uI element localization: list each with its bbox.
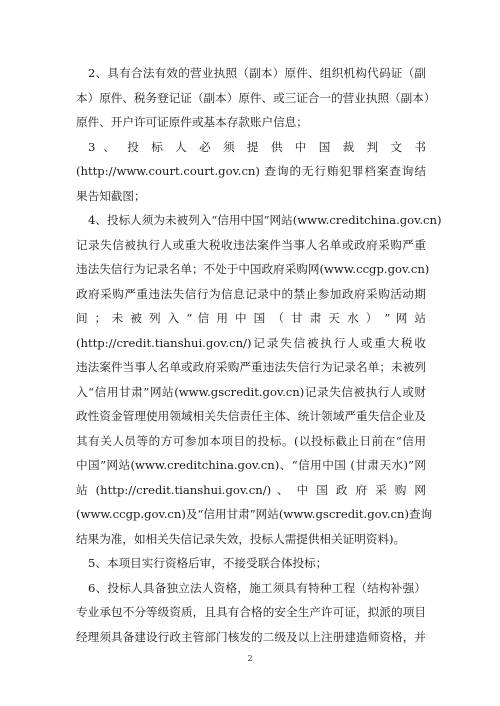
- body-text: 2、具有合法有效的营业执照（副本）原件、组织机构代码证（副本）原件、税务登记证（…: [76, 61, 426, 649]
- page-number: 2: [0, 654, 500, 663]
- text-line: 中国”网站(www.creditchina.gov.cn)、“信用中国 (甘肃天…: [76, 453, 426, 478]
- text-line: 违法案件当事人名单或政府采购严重违法失信行为记录名单；未被列: [76, 355, 426, 380]
- text-line: 站 (http://credit.tianshui.gov.cn/) 、 中 国…: [76, 478, 426, 503]
- text-line: 政府采购严重违法失信行为信息记录中的禁止参加政府采购活动期: [76, 282, 426, 307]
- text-line: 5、本项目实行资格后审，不接受联合体投标；: [76, 551, 426, 576]
- text-line: 6、投标人具备独立法人资格，施工须具有特种工程（结构补强）: [76, 576, 426, 601]
- text-line: 政性资金管理使用领域相关失信责任主体、统计领域严重失信企业及: [76, 404, 426, 429]
- text-line: 间 ； 未 被 列 入 “ 信 用 中 国 （ 甘 肃 天 水 ） ” 网 站: [76, 306, 426, 331]
- text-line: 4、投标人须为未被列入“信用中国”网站(www.creditchina.gov.…: [76, 208, 426, 233]
- document-page: 2、具有合法有效的营业执照（副本）原件、组织机构代码证（副本）原件、税务登记证（…: [0, 0, 500, 706]
- text-line: 3 、 投 标 人 必 须 提 供 中 国 裁 判 文 书: [76, 135, 426, 160]
- text-line: (www.ccgp.gov.cn)及“信用甘肃”网站(www.gscredit.…: [76, 502, 426, 527]
- text-line: (http://www.court.court.gov.cn) 查询的无行贿犯罪…: [76, 159, 426, 184]
- text-line: 2、具有合法有效的营业执照（副本）原件、组织机构代码证（副: [76, 61, 426, 86]
- text-line: (http://credit.tianshui.gov.cn/)记录失信被执行人…: [76, 331, 426, 356]
- text-line: 结果为准，如相关失信记录失效，投标人需提供相关证明资料)。: [76, 527, 426, 552]
- text-line: 其有关人员等的方可参加本项目的投标。(以投标截止日前在“信用: [76, 429, 426, 454]
- text-line: 专业承包不分等级资质，且具有合格的安全生产许可证，拟派的项目: [76, 600, 426, 625]
- text-line: 原件、开户许可证原件或基本存款账户信息；: [76, 110, 426, 135]
- text-line: 违法失信行为记录名单；不处于中国政府采购网(www.ccgp.gov.cn): [76, 257, 426, 282]
- text-line: 本）原件、税务登记证（副本）原件、或三证合一的营业执照（副本）: [76, 86, 426, 111]
- text-line: 入“信用甘肃”网站(www.gscredit.gov.cn)记录失信被执行人或财: [76, 380, 426, 405]
- text-line: 记录失信被执行人或重大税收违法案件当事人名单或政府采购严重: [76, 233, 426, 258]
- text-line: 经理须具备建设行政主管部门核发的二级及以上注册建造师资格，并: [76, 625, 426, 650]
- text-line: 果告知截图；: [76, 184, 426, 209]
